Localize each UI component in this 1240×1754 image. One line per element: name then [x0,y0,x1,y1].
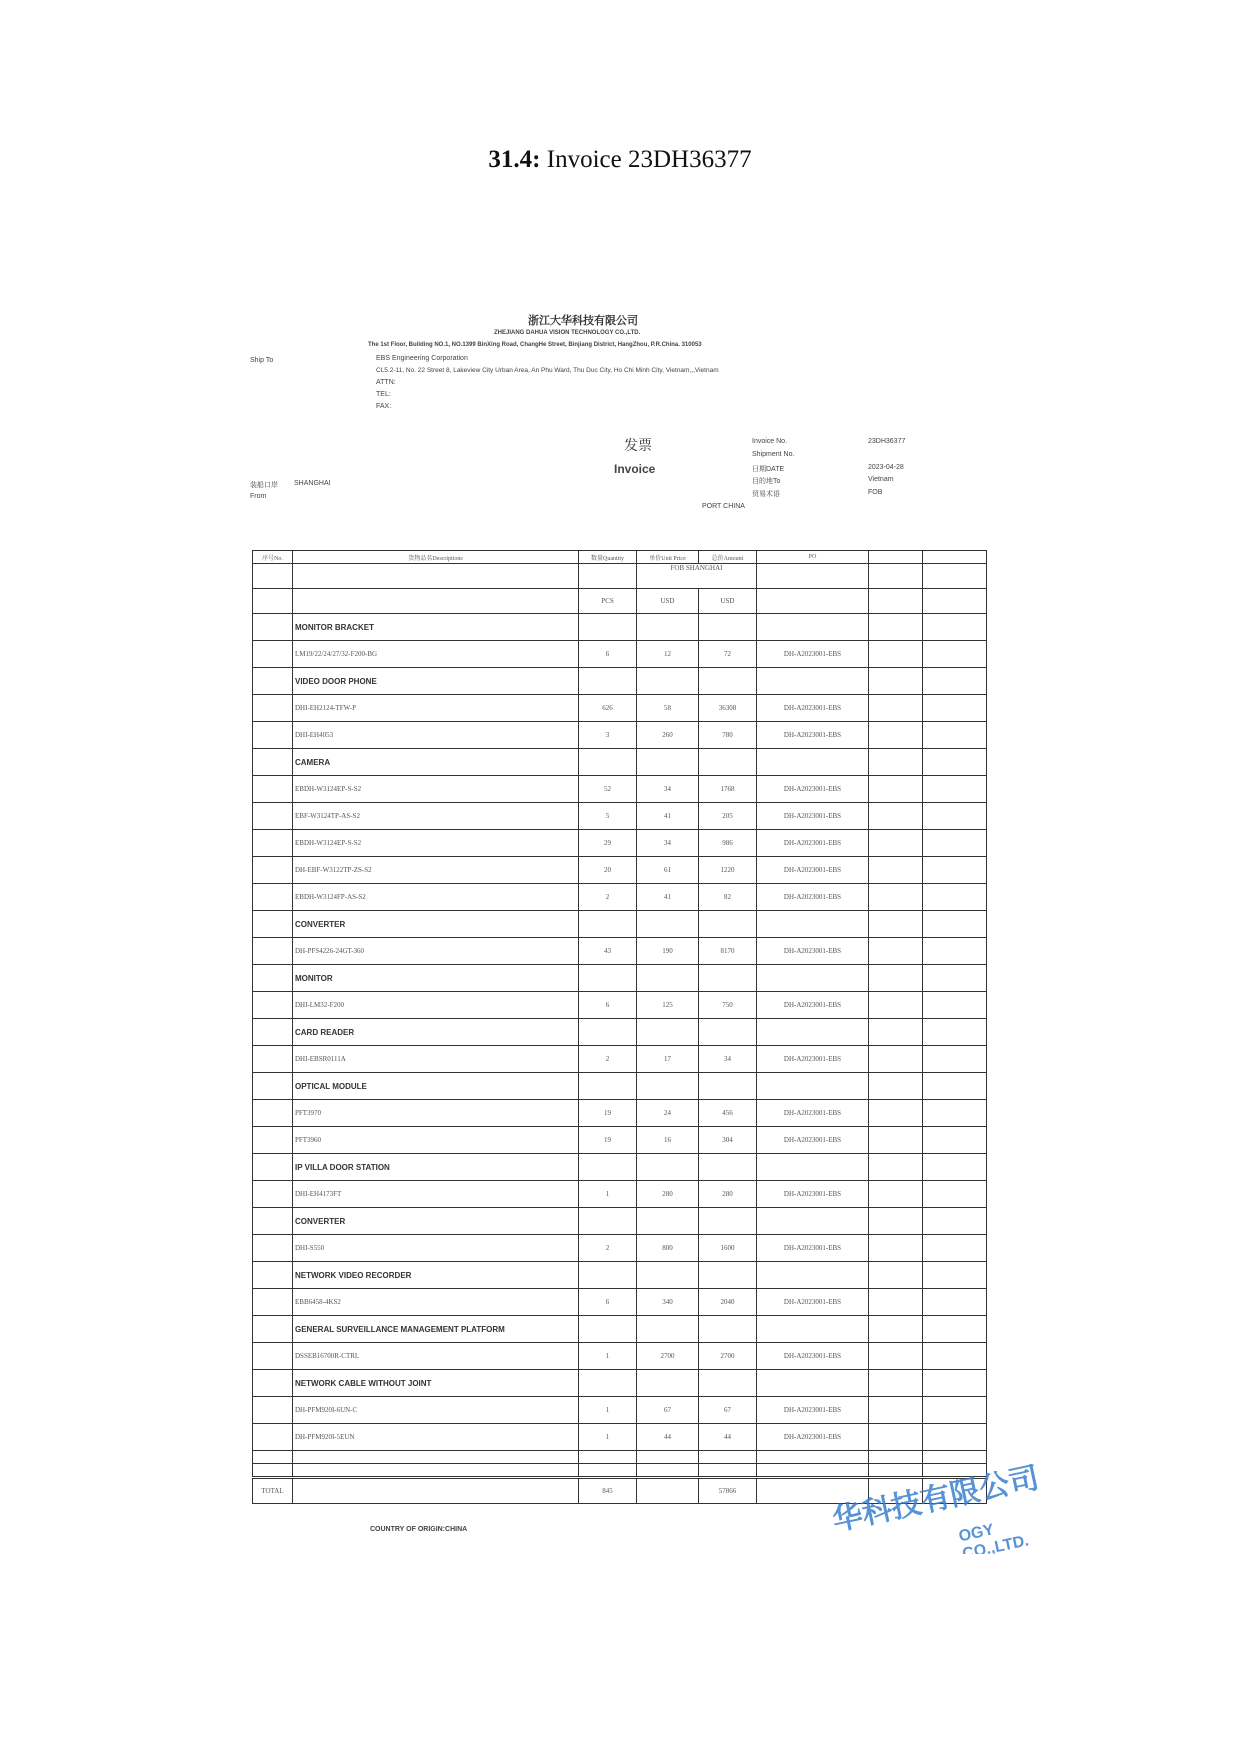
cell-price [637,1316,699,1343]
cell-po: DH-A2023001-EBS [757,857,869,884]
section-title: Invoice 23DH36377 [547,146,752,173]
cell-desc: MONITOR BRACKET [293,614,579,641]
cell-qty: 3 [579,722,637,749]
cell-extra [923,1343,987,1370]
category-row: VIDEO DOOR PHONE [253,668,987,695]
from-label-cn: 装船口岸 [250,480,278,490]
table-row: LM19/22/24/27/32-F200-BG61272DH-A2023001… [253,641,987,668]
cell-extra [869,722,923,749]
cell-desc: CAMERA [293,749,579,776]
total-price [637,1478,699,1504]
cell-amount [699,1262,757,1289]
category-row: OPTICAL MODULE [253,1073,987,1100]
cell-qty: 20 [579,857,637,884]
cell-desc: PFT3970 [293,1100,579,1127]
cell-extra [869,641,923,668]
cell-desc: EBDH-W3124FP-AS-S2 [293,884,579,911]
units-row: PCS USD USD [253,589,987,614]
cell-no [253,1046,293,1073]
company-name-cn: 浙江大华科技有限公司 [528,312,638,328]
stamp-text-en: OGY CO.,LTD. [957,1510,1050,1554]
cell-po [757,614,869,641]
cell-amount [699,911,757,938]
cell-no [253,1397,293,1424]
cell-no [253,1073,293,1100]
cell-extra [923,1046,987,1073]
header-extra-2 [923,551,987,564]
cell-qty [579,1208,637,1235]
cell-amount: 1220 [699,857,757,884]
cell-extra [869,911,923,938]
country-of-origin: COUNTRY OF ORIGIN:CHINA [370,1526,467,1533]
cell-amount [699,1208,757,1235]
destination-value: Vietnam [868,476,894,483]
table-row: EBDH-W3124EP-S-S22934986DH-A2023001-EBS [253,830,987,857]
cell-extra [869,1127,923,1154]
cell-no [253,1100,293,1127]
cell-price: 44 [637,1424,699,1451]
ship-to-label: Ship To [250,357,273,364]
cell-no [253,803,293,830]
category-row: CONVERTER [253,911,987,938]
total-qty: 845 [579,1478,637,1504]
cell-po: DH-A2023001-EBS [757,641,869,668]
category-row: NETWORK CABLE WITHOUT JOINT [253,1370,987,1397]
cell-po: DH-A2023001-EBS [757,722,869,749]
category-row: CARD READER [253,1019,987,1046]
unit-qty: PCS [579,589,637,614]
header-po: PO [757,551,869,564]
cell-extra [869,938,923,965]
cell-amount [699,614,757,641]
cell-desc: DHI-EBSR0111A [293,1046,579,1073]
cell-price [637,965,699,992]
cell-extra [869,1316,923,1343]
cell-extra [923,1073,987,1100]
cell-amount: 750 [699,992,757,1019]
cell-desc: IP VILLA DOOR STATION [293,1154,579,1181]
cell-amount [699,965,757,992]
cell-price: 41 [637,803,699,830]
cell-extra [923,803,987,830]
header-desc: 货物品名Descriptions [293,551,579,564]
cell-extra [869,857,923,884]
category-row: NETWORK VIDEO RECORDER [253,1262,987,1289]
cell-qty: 1 [579,1181,637,1208]
cell-extra [923,695,987,722]
cell-po: DH-A2023001-EBS [757,803,869,830]
table-row: DSSEB16700R-CTRL127002700DH-A2023001-EBS [253,1343,987,1370]
cell-no [253,857,293,884]
table-row: DH-PFM920I-6UN-C16767DH-A2023001-EBS [253,1397,987,1424]
cell-desc: GENERAL SURVEILLANCE MANAGEMENT PLATFORM [293,1316,579,1343]
cell-no [253,1154,293,1181]
cell-extra [923,1100,987,1127]
cell-price: 67 [637,1397,699,1424]
cell-price: 125 [637,992,699,1019]
cell-amount: 8170 [699,938,757,965]
cell-qty: 2 [579,1046,637,1073]
table-row: DH-PFS4226-24GT-360431908170DH-A2023001-… [253,938,987,965]
cell-qty [579,749,637,776]
cell-qty: 6 [579,992,637,1019]
date-label: 日期DATE [752,464,784,474]
cell-price [637,614,699,641]
ship-to-fax: FAX: [376,403,391,410]
cell-no [253,1127,293,1154]
cell-extra [923,1397,987,1424]
cell-desc: CARD READER [293,1019,579,1046]
cell-po: DH-A2023001-EBS [757,1424,869,1451]
cell-amount: 456 [699,1100,757,1127]
cell-desc: DHI-EH4053 [293,722,579,749]
cell-extra [869,668,923,695]
cell-amount: 304 [699,1127,757,1154]
cell-qty: 1 [579,1397,637,1424]
cell-extra [869,965,923,992]
fob-label: FOB SHANGHAI [637,564,757,589]
cell-amount [699,1154,757,1181]
header-qty: 数量Quantity [579,551,637,564]
cell-desc: DH-PFS4226-24GT-360 [293,938,579,965]
table-row: DHI-EH4173FT1280280DH-A2023001-EBS [253,1181,987,1208]
cell-extra [869,1235,923,1262]
cell-extra [923,1424,987,1451]
cell-po: DH-A2023001-EBS [757,695,869,722]
cell-amount: 2700 [699,1343,757,1370]
cell-po [757,965,869,992]
cell-po [757,1316,869,1343]
company-name-en: ZHEJIANG DAHUA VISION TECHNOLOGY CO.,LTD… [494,330,640,336]
cell-po: DH-A2023001-EBS [757,1343,869,1370]
cell-qty [579,1073,637,1100]
cell-extra [923,1181,987,1208]
cell-desc: NETWORK VIDEO RECORDER [293,1262,579,1289]
cell-qty [579,911,637,938]
cell-no [253,641,293,668]
cell-amount [699,668,757,695]
cell-extra [869,614,923,641]
cell-extra [923,1019,987,1046]
cell-po [757,749,869,776]
cell-po: DH-A2023001-EBS [757,776,869,803]
cell-extra [869,803,923,830]
table-row: DHI-EH2124-TFW-P6265836308DH-A2023001-EB… [253,695,987,722]
unit-price: USD [637,589,699,614]
cell-amount: 44 [699,1424,757,1451]
cell-qty: 43 [579,938,637,965]
cell-qty [579,1262,637,1289]
cell-no [253,1424,293,1451]
scanned-invoice: 浙江大华科技有限公司 ZHEJIANG DAHUA VISION TECHNOL… [240,310,1040,1560]
cell-extra [923,992,987,1019]
cell-qty [579,668,637,695]
cell-desc: DHI-EH4173FT [293,1181,579,1208]
cell-po [757,1262,869,1289]
cell-desc: NETWORK CABLE WITHOUT JOINT [293,1370,579,1397]
port-label: PORT CHINA [702,503,745,510]
cell-desc: VIDEO DOOR PHONE [293,668,579,695]
table-row: EBDH-W3124FP-AS-S224182DH-A2023001-EBS [253,884,987,911]
cell-no [253,722,293,749]
cell-desc: DHI-EH2124-TFW-P [293,695,579,722]
table-row: EBF-W3124TP-AS-S2541205DH-A2023001-EBS [253,803,987,830]
cell-price [637,1019,699,1046]
cell-amount [699,749,757,776]
header-no: 序号No. [253,551,293,564]
cell-extra [869,695,923,722]
cell-no [253,1343,293,1370]
cell-qty: 29 [579,830,637,857]
cell-qty [579,1154,637,1181]
cell-po: DH-A2023001-EBS [757,1235,869,1262]
invoice-no-value: 23DH36377 [868,438,905,445]
cell-desc: MONITOR [293,965,579,992]
cell-no [253,1262,293,1289]
cell-amount [699,1316,757,1343]
cell-desc: CONVERTER [293,1208,579,1235]
cell-price: 280 [637,1181,699,1208]
cell-price: 190 [637,938,699,965]
cell-extra [923,884,987,911]
cell-no [253,695,293,722]
cell-price [637,911,699,938]
cell-extra [869,1424,923,1451]
cell-extra [869,1370,923,1397]
invoice-title-cn: 发票 [624,435,652,455]
cell-price: 260 [637,722,699,749]
cell-no [253,1289,293,1316]
cell-no [253,1235,293,1262]
cell-price: 58 [637,695,699,722]
cell-extra [869,992,923,1019]
ship-to-name: EBS Engineering Corporation [376,355,468,362]
cell-qty: 2 [579,1235,637,1262]
cell-extra [869,1154,923,1181]
cell-po [757,1154,869,1181]
cell-desc: DSSEB16700R-CTRL [293,1343,579,1370]
cell-amount [699,1370,757,1397]
cell-extra [869,1208,923,1235]
cell-desc: EBB6458-4KS2 [293,1289,579,1316]
blank-row [253,1451,987,1464]
cell-po: DH-A2023001-EBS [757,1100,869,1127]
cell-no [253,614,293,641]
cell-no [253,776,293,803]
section-number: 31.4: [488,146,540,173]
cell-extra [923,722,987,749]
cell-extra [923,749,987,776]
cell-price [637,1262,699,1289]
cell-desc: DHI-S550 [293,1235,579,1262]
cell-qty [579,1316,637,1343]
cell-desc: DH-PFM920I-5EUN [293,1424,579,1451]
cell-amount: 72 [699,641,757,668]
cell-extra [923,965,987,992]
category-row: GENERAL SURVEILLANCE MANAGEMENT PLATFORM [253,1316,987,1343]
cell-po: DH-A2023001-EBS [757,992,869,1019]
cell-po: DH-A2023001-EBS [757,884,869,911]
table-row: DH-PFM920I-5EUN14444DH-A2023001-EBS [253,1424,987,1451]
cell-extra [923,1262,987,1289]
table-row: DH-EBF-W3122TP-ZS-S220611220DH-A2023001-… [253,857,987,884]
cell-price: 41 [637,884,699,911]
cell-price: 12 [637,641,699,668]
cell-desc: LM19/22/24/27/32-F200-BG [293,641,579,668]
cell-extra [923,1154,987,1181]
cell-qty: 19 [579,1100,637,1127]
unit-amount: USD [699,589,757,614]
table-header-row: 序号No. 货物品名Descriptions 数量Quantity 单价Unit… [253,551,987,564]
cell-po [757,911,869,938]
cell-price [637,1370,699,1397]
cell-extra [869,1181,923,1208]
category-row: MONITOR [253,965,987,992]
cell-no [253,749,293,776]
cell-po [757,1073,869,1100]
cell-amount: 1600 [699,1235,757,1262]
cell-amount: 986 [699,830,757,857]
cell-qty: 52 [579,776,637,803]
total-desc [293,1478,579,1504]
cell-extra [869,1046,923,1073]
cell-extra [869,884,923,911]
invoice-no-label: Invoice No. [752,438,787,445]
cell-extra [869,1100,923,1127]
cell-no [253,1370,293,1397]
ship-to-tel: TEL: [376,391,391,398]
trade-terms-label: 贸易术语 [752,489,780,499]
cell-extra [869,1343,923,1370]
cell-desc: PFT3960 [293,1127,579,1154]
cell-extra [869,1073,923,1100]
cell-price [637,1208,699,1235]
cell-extra [923,1316,987,1343]
category-row: IP VILLA DOOR STATION [253,1154,987,1181]
cell-no [253,1181,293,1208]
cell-price: 34 [637,830,699,857]
table-row: DHI-EH40533260780DH-A2023001-EBS [253,722,987,749]
cell-amount: 280 [699,1181,757,1208]
cell-po [757,1370,869,1397]
cell-po [757,1019,869,1046]
cell-price [637,668,699,695]
cell-extra [869,749,923,776]
table-row: PFT39701924456DH-A2023001-EBS [253,1100,987,1127]
cell-price: 17 [637,1046,699,1073]
cell-amount: 34 [699,1046,757,1073]
cell-price: 800 [637,1235,699,1262]
header-extra-1 [869,551,923,564]
cell-price: 34 [637,776,699,803]
table-row: PFT39601916304DH-A2023001-EBS [253,1127,987,1154]
category-row: CONVERTER [253,1208,987,1235]
cell-desc: DH-PFM920I-6UN-C [293,1397,579,1424]
cell-extra [923,668,987,695]
cell-no [253,1208,293,1235]
cell-no [253,1316,293,1343]
cell-no [253,884,293,911]
cell-extra [923,614,987,641]
header-amount: 总价Amount [699,551,757,564]
date-value: 2023-04-28 [868,464,904,471]
total-label: TOTAL [253,1478,293,1504]
cell-extra [923,938,987,965]
company-address: The 1st Floor, Building NO.1, NO.1399 Bi… [368,342,702,348]
from-value: SHANGHAI [294,480,331,487]
cell-extra [869,830,923,857]
header-price: 单价Unit Price [637,551,699,564]
cell-extra [923,830,987,857]
category-row: CAMERA [253,749,987,776]
cell-qty: 6 [579,1289,637,1316]
cell-price: 16 [637,1127,699,1154]
cell-price: 2700 [637,1343,699,1370]
cell-price [637,749,699,776]
fob-row: FOB SHANGHAI [253,564,987,589]
cell-amount: 82 [699,884,757,911]
cell-price [637,1073,699,1100]
cell-desc: DH-EBF-W3122TP-ZS-S2 [293,857,579,884]
cell-extra [869,776,923,803]
cell-extra [923,776,987,803]
cell-desc: DHI-LM32-F200 [293,992,579,1019]
cell-extra [923,1127,987,1154]
cell-price: 61 [637,857,699,884]
cell-qty: 626 [579,695,637,722]
cell-qty [579,614,637,641]
cell-extra [869,1262,923,1289]
invoice-table: 序号No. 货物品名Descriptions 数量Quantity 单价Unit… [252,550,987,1504]
total-amount: 57866 [699,1478,757,1504]
cell-po: DH-A2023001-EBS [757,938,869,965]
cell-po [757,1208,869,1235]
cell-po: DH-A2023001-EBS [757,1397,869,1424]
cell-po: DH-A2023001-EBS [757,830,869,857]
cell-amount: 1768 [699,776,757,803]
cell-extra [869,1397,923,1424]
cell-qty [579,1019,637,1046]
page-title: 31.4: Invoice 23DH36377 [0,146,1240,174]
cell-qty: 19 [579,1127,637,1154]
cell-extra [869,1289,923,1316]
cell-extra [923,1289,987,1316]
category-row: MONITOR BRACKET [253,614,987,641]
cell-desc: EBDH-W3124EP-S-S2 [293,830,579,857]
cell-extra [923,911,987,938]
cell-desc: EBF-W3124TP-AS-S2 [293,803,579,830]
cell-no [253,1019,293,1046]
cell-extra [923,1370,987,1397]
table-row: DHI-EBSR0111A21734DH-A2023001-EBS [253,1046,987,1073]
invoice-title-en: Invoice [614,462,655,476]
cell-amount: 205 [699,803,757,830]
cell-extra [923,1208,987,1235]
cell-extra [923,1235,987,1262]
cell-po: DH-A2023001-EBS [757,1127,869,1154]
cell-price [637,1154,699,1181]
destination-label: 目的地To [752,476,780,486]
cell-amount [699,1073,757,1100]
cell-qty: 2 [579,884,637,911]
cell-amount [699,1019,757,1046]
cell-qty: 1 [579,1343,637,1370]
from-label-en: From [250,493,266,500]
cell-po: DH-A2023001-EBS [757,1046,869,1073]
cell-no [253,830,293,857]
cell-qty [579,1370,637,1397]
cell-no [253,668,293,695]
